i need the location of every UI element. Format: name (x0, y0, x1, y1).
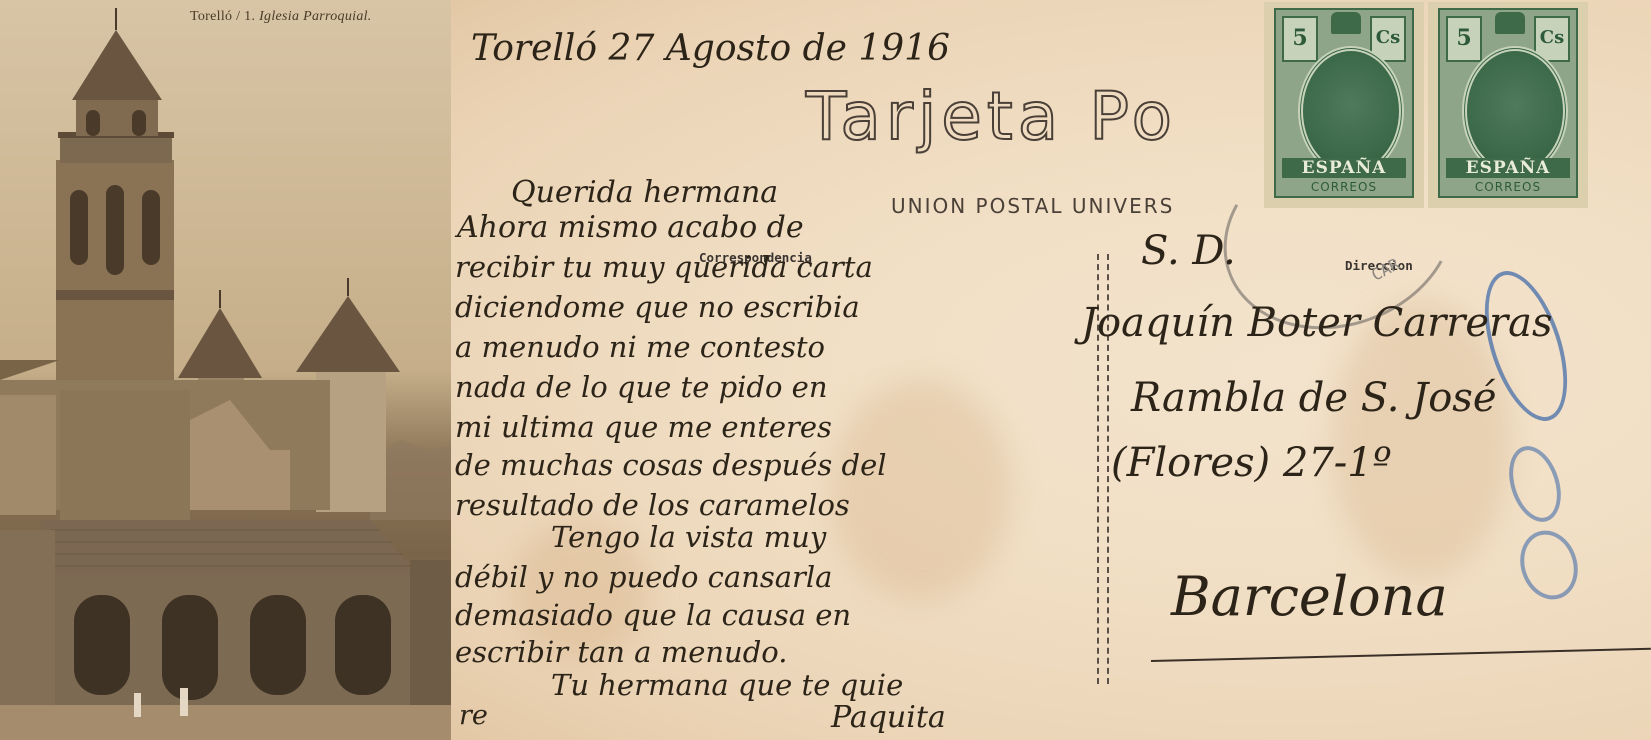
address-line: S. D. (1141, 228, 1236, 274)
postcard-back: Torelló 27 Agosto de 1916 Tarjeta Po UNI… (451, 0, 1651, 740)
stamp-service: CORREOS (1282, 180, 1406, 194)
message-line: Tengo la vista muy (551, 520, 826, 554)
postage-stamp: 5 Cs ESPAÑA CORREOS (1428, 2, 1588, 208)
church-photograph: Torelló / 1. Iglesia Parroquial. (0, 0, 451, 740)
address-underline (1151, 648, 1651, 662)
church-illustration (0, 0, 451, 740)
message-line: Ahora mismo acabo de (457, 210, 804, 245)
message-line: a menudo ni me contesto (455, 330, 825, 364)
address-line: (Flores) 27-1º (1111, 440, 1392, 486)
signature: Paquita (831, 700, 946, 735)
stamp-value: 5 (1446, 16, 1482, 62)
message-line: resultado de los caramelos (455, 488, 850, 522)
stamp-country: ESPAÑA (1446, 158, 1570, 178)
king-portrait-icon (1298, 46, 1404, 176)
message-line: demasiado que la causa en (455, 598, 851, 632)
stamp-service: CORREOS (1446, 180, 1570, 194)
stamp-value: 5 (1282, 16, 1318, 62)
address-line: Rambla de S. José (1131, 375, 1497, 421)
printed-title: Tarjeta Po (806, 78, 1177, 155)
message-greeting: Querida hermana (511, 175, 778, 210)
stamp-country: ESPAÑA (1282, 158, 1406, 178)
photo-caption: Torelló / 1. Iglesia Parroquial. (190, 9, 372, 25)
message-line: escribir tan a menudo. (455, 635, 787, 669)
king-portrait-icon (1462, 46, 1568, 176)
blue-pencil-mark (1512, 523, 1587, 607)
message-line: re (459, 700, 488, 731)
message-line: débil y no puedo cansarla (455, 560, 832, 594)
crown-icon (1331, 12, 1361, 34)
address-line: Joaquín Boter Carreras (1081, 300, 1553, 346)
message-line: mi ultima que me enteres (455, 410, 832, 444)
crown-icon (1495, 12, 1525, 34)
message-line: recibir tu muy querida carta (455, 250, 873, 284)
caption-separator: / (236, 9, 240, 24)
caption-title: Iglesia Parroquial. (259, 9, 372, 24)
postage-stamp: 5 Cs ESPAÑA CORREOS (1264, 2, 1424, 208)
message-line: diciendome que no escribia (455, 290, 860, 324)
stain (831, 380, 1011, 600)
address-city: Barcelona (1171, 565, 1448, 628)
caption-number: 1. (244, 9, 255, 24)
message-line: Tu hermana que te quie (551, 668, 903, 702)
stamp-design: 5 Cs ESPAÑA CORREOS (1438, 8, 1578, 198)
caption-place: Torelló (190, 9, 232, 24)
stamp-design: 5 Cs ESPAÑA CORREOS (1274, 8, 1414, 198)
date-line: Torelló 27 Agosto de 1916 (471, 28, 950, 69)
printed-subtitle: UNION POSTAL UNIVERS (891, 194, 1174, 218)
message-line: nada de lo que te pido en (455, 370, 828, 404)
message-line: de muchas cosas después del (455, 448, 887, 482)
